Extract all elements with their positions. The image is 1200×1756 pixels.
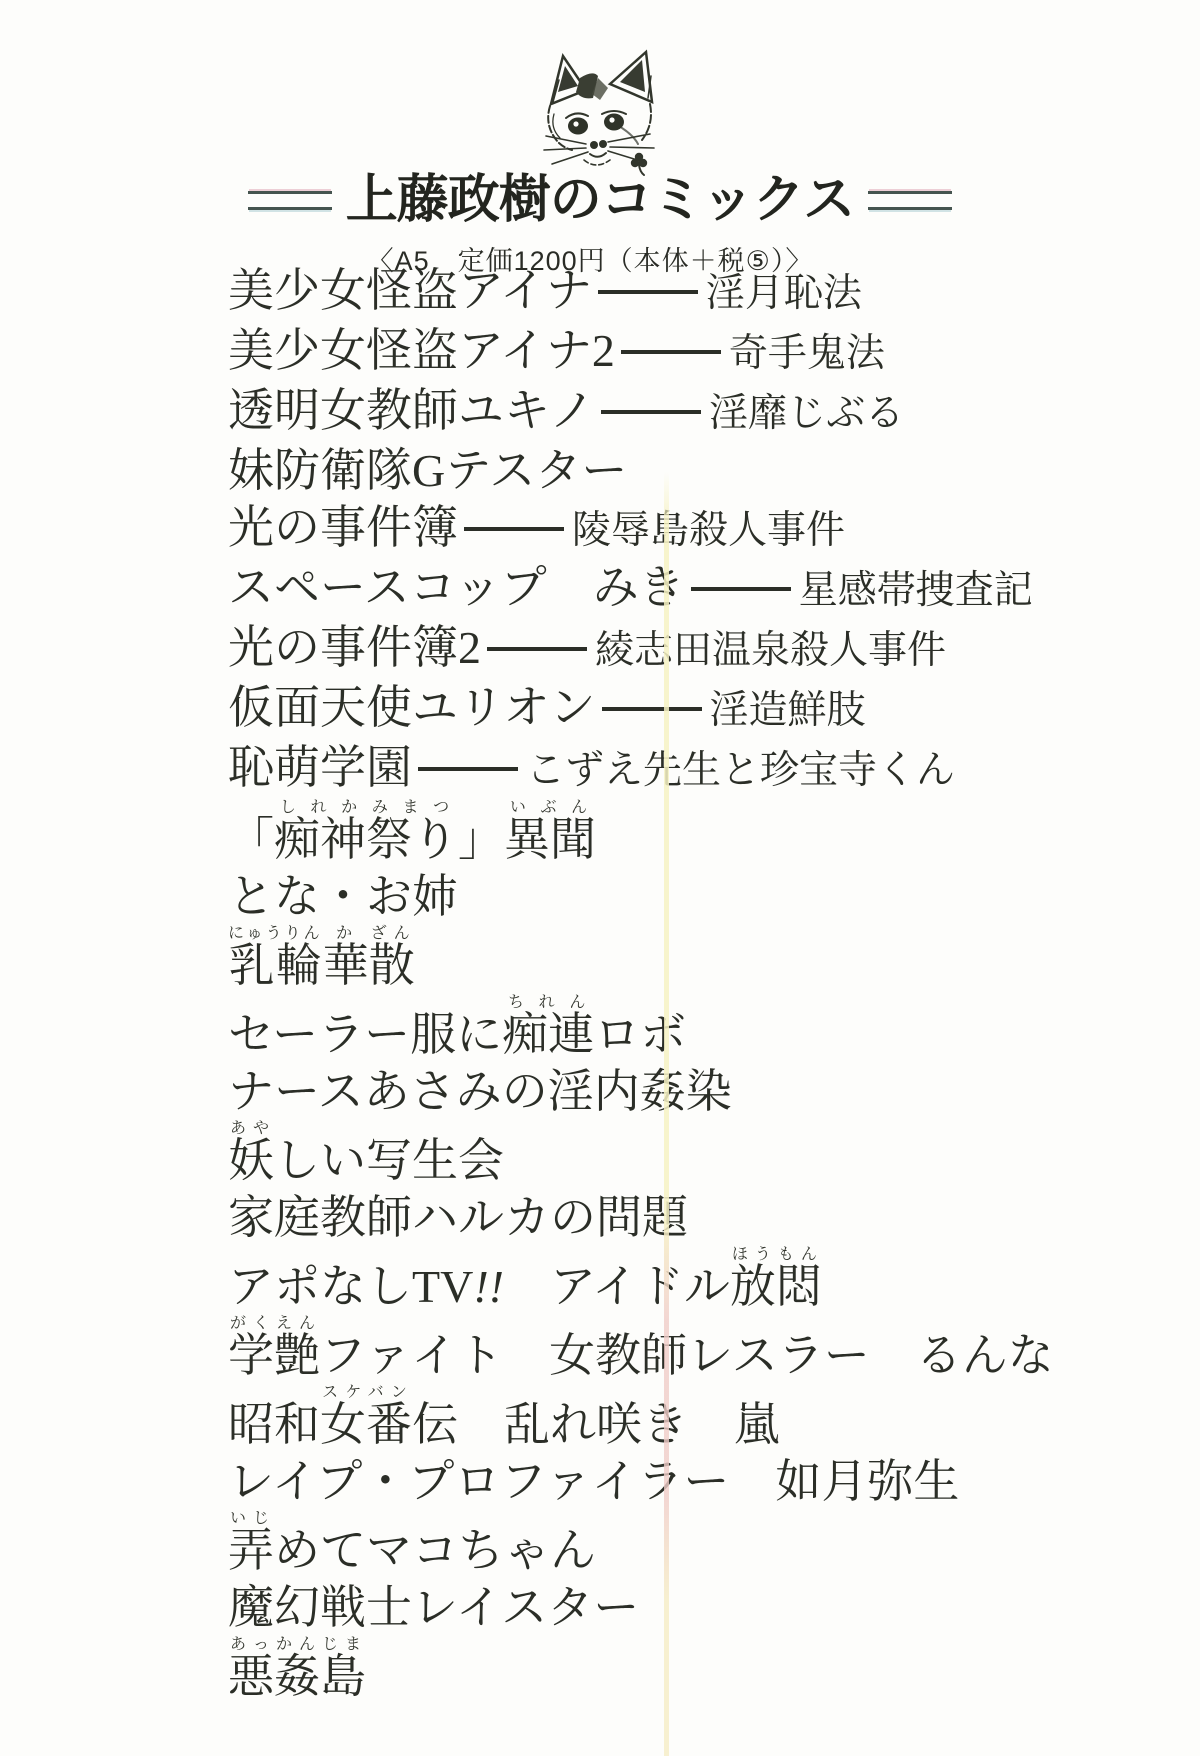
book-title-text: !! [473,1261,504,1312]
book-subtitle: 淫月恥法 [706,272,862,315]
book-title-ruby: 島じま [320,1651,366,1702]
book-title-text: 」 [458,814,504,865]
book-title-text: ナースあさみの淫内姦染 [228,1066,732,1117]
book-subtitle: 淫造鮮肢 [710,689,866,732]
book-title-text: 妹防衛隊Gテスター [228,445,627,496]
book-title-text: スペースコップ みき [228,562,685,613]
book-subtitle: こずえ先生と珍宝寺くん [526,749,955,792]
book-title-text: 「 [228,814,274,865]
book-title-text: ロボ [594,1009,686,1060]
book-subtitle: 淫靡じぶる [709,392,904,435]
book-item: 悪あっ姦かん島じま [228,1636,1200,1705]
book-subtitle: 綾志田温泉殺人事件 [595,629,946,672]
book-title-text: 光の事件簿 [228,502,458,553]
book-title-text: 光の事件簿2 [228,622,481,673]
book-item: 美少女怪盗アイナ2奇手鬼法 [228,322,1200,382]
book-item: アポなしTV!! アイドル放悶ほうもん [228,1246,1200,1315]
book-title-text: 昭和 [228,1399,320,1450]
book-item: 昭和女番スケバン伝 乱れ咲き 嵐 [228,1384,1200,1453]
book-title-ruby: 姦かん [274,1651,320,1702]
book-item: 仮面天使ユリオン淫造鮮肢 [228,679,1200,739]
book-title-ruby: 痴神祭りしれかみまつ [274,814,458,865]
book-item: 妖あやしい写生会 [228,1120,1200,1189]
book-item: 家庭教師ハルカの問題 [228,1189,1200,1246]
book-item: とな・お姉 [228,868,1200,925]
header: 上藤政樹のコミックス [0,170,1200,230]
book-item: 魔幻戦士レイスター [228,1579,1200,1636]
book-item: 「痴神祭りしれかみまつ」異聞いぶん [228,799,1200,868]
book-title-ruby: 悪あっ [228,1651,274,1702]
book-title-text: 家庭教師ハルカの問題 [228,1192,688,1243]
book-item: ナースあさみの淫内姦染 [228,1063,1200,1120]
book-title-text: とな・お姉 [228,871,458,922]
book-subtitle: 奇手鬼法 [729,332,885,375]
book-item: スペースコップ みき星感帯捜査記 [228,559,1200,619]
book-title-text: レイプ・プロファイラー 如月弥生 [228,1456,959,1507]
book-title-ruby: 異聞いぶん [504,814,596,865]
book-title-text: アイドル [504,1261,730,1312]
book-subtitle: 陵辱島殺人事件 [572,509,845,552]
title-rule-right [868,191,952,210]
em-dash [598,290,698,294]
title-rule-left [248,191,332,210]
book-item: 学艶がくえんファイト 女教師レスラー るんな [228,1315,1200,1384]
book-item: レイプ・プロファイラー 如月弥生 [228,1453,1200,1510]
em-dash [601,410,701,414]
book-title-text: アポなしTV [228,1261,473,1312]
book-title-ruby: 乳輪にゅうりん [228,940,323,991]
book-item: 弄いじめてマコちゃん [228,1510,1200,1579]
book-title-ruby: 女番スケバン [320,1399,412,1450]
book-title-text: 恥萌学園 [228,742,412,793]
book-title-text: ファイト 女教師レスラー るんな [320,1330,1054,1381]
em-dash [621,350,721,354]
book-title-ruby: 学艶がくえん [228,1330,320,1381]
book-list: 美少女怪盗アイナ淫月恥法美少女怪盗アイナ2奇手鬼法透明女教師ユキノ淫靡じぶる妹防… [228,262,1200,1705]
em-dash [691,587,791,591]
book-title-ruby: 妖あや [228,1135,274,1186]
book-item: 光の事件簿2綾志田温泉殺人事件 [228,619,1200,679]
book-list-page: 上藤政樹のコミックス 〈A5 定価1200円（本体＋税⑤）〉 美少女怪盗アイナ淫… [0,0,1200,1756]
book-item: 光の事件簿陵辱島殺人事件 [228,499,1200,559]
em-dash [464,527,564,531]
book-title-ruby: 弄いじ [228,1525,274,1576]
book-title-text: 魔幻戦士レイスター [228,1582,639,1633]
book-item: セーラー服に痴連ちれんロボ [228,994,1200,1063]
book-title-text: 美少女怪盗アイナ2 [228,325,615,376]
book-item: 恥萌学園こずえ先生と珍宝寺くん [228,739,1200,799]
book-title-ruby: 放悶ほうもん [730,1261,822,1312]
book-subtitle: 星感帯捜査記 [799,569,1033,612]
book-title-text: 伝 乱れ咲き 嵐 [412,1399,780,1450]
cat-sketch-icon [538,48,662,180]
book-title-text: 美少女怪盗アイナ [228,265,592,316]
em-dash [602,707,702,711]
book-title-text: めてマコちゃん [274,1525,596,1576]
page-title: 上藤政樹のコミックス [346,170,854,230]
book-title-ruby: 華か [323,940,369,991]
book-title-text: しい写生会 [274,1135,504,1186]
book-title-ruby: 痴連ちれん [502,1009,594,1060]
book-item: 乳輪にゅうりん華か散ざん [228,925,1200,994]
book-title-text: 透明女教師ユキノ [228,385,595,436]
book-title-text: 仮面天使ユリオン [228,682,596,733]
em-dash [487,647,587,651]
book-item: 妹防衛隊Gテスター [228,442,1200,499]
book-title-ruby: 散ざん [369,940,415,991]
book-item: 美少女怪盗アイナ淫月恥法 [228,262,1200,322]
em-dash [418,767,518,771]
book-item: 透明女教師ユキノ淫靡じぶる [228,382,1200,442]
book-title-text: セーラー服に [228,1009,502,1060]
